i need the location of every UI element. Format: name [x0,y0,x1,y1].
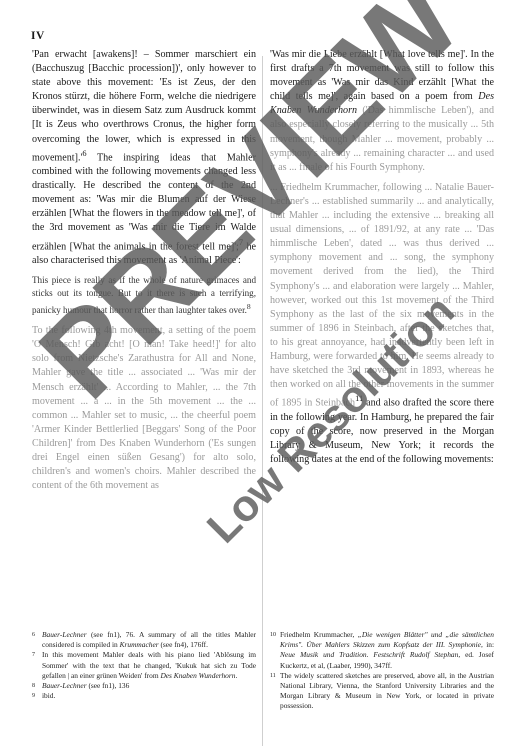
footnote: 11The widely scattered sketches are pres… [270,671,494,712]
paragraph: ... Friedhelm Krummacher, following ... … [270,181,494,467]
footnote: 6Bauer-Lechner (see fn1), 76. A summary … [32,630,256,650]
paragraph: 'Was mir die Liebe erzählt [What love te… [270,48,494,175]
score-preface-page: IV 'Pan erwacht [awakens]! – Sommer mars… [0,0,530,750]
column-divider [262,56,263,746]
footnotes-left: 6Bauer-Lechner (see fn1), 76. A summary … [32,630,256,701]
footnote-ref[interactable]: 8 [247,302,251,311]
page-number: IV [31,30,45,42]
footnotes-right: 10Friedhelm Krummacher, „Die wenigen Blä… [270,630,494,712]
right-text-column: 'Was mir die Liebe erzählt [What love te… [270,48,494,473]
left-text-column: 'Pan erwacht [awakens]! – Sommer marschi… [32,48,256,499]
paragraph: 'Pan erwacht [awakens]! – Sommer marschi… [32,48,256,268]
footnote: 10Friedhelm Krummacher, „Die wenigen Blä… [270,630,494,671]
footnote: 9ibid. [32,691,256,701]
footnote: 8Bauer-Lechner (see fn1), 136 [32,681,256,691]
footnote: 7In this movement Mahler deals with his … [32,650,256,681]
block-quote: This piece is really as if the whole of … [32,274,256,317]
paragraph: To the following 4th movement, a setting… [32,324,256,493]
footnote-ref[interactable]: 11 [355,394,363,403]
